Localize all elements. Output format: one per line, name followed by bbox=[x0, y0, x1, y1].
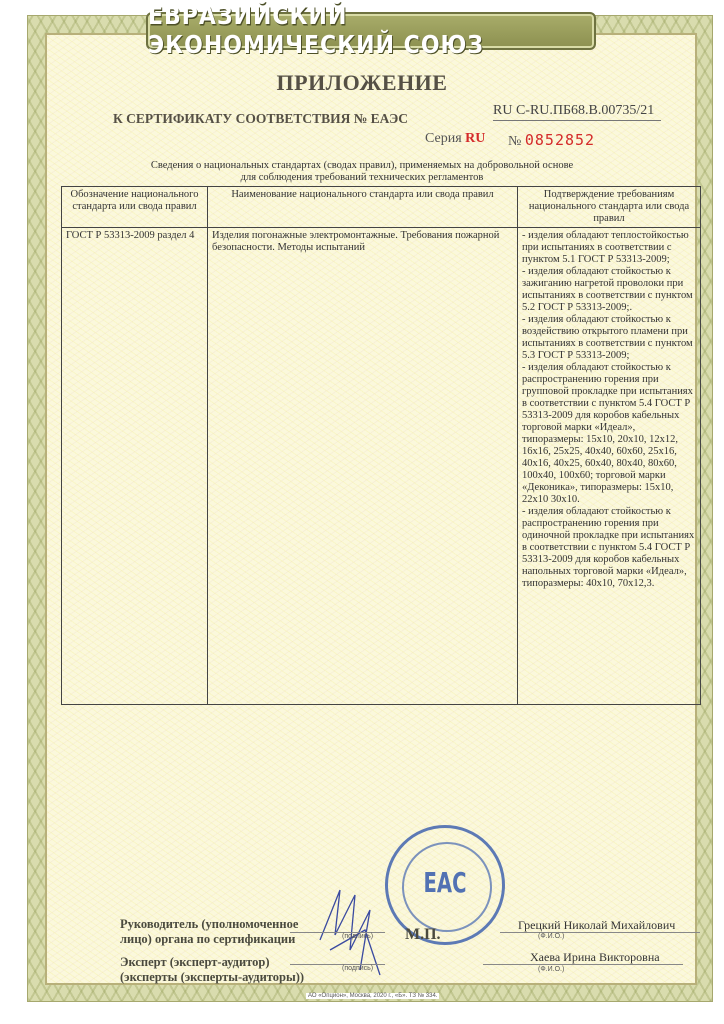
seal-label: М.П. bbox=[405, 926, 441, 944]
cell-designation: ГОСТ Р 53313-2009 раздел 4 bbox=[62, 228, 208, 705]
series-value: RU bbox=[465, 131, 485, 146]
series-label: Серия bbox=[425, 131, 462, 146]
expert-name-caption: (Ф.И.О.) bbox=[538, 966, 564, 973]
expert-name: Хаева Ирина Викторовна bbox=[530, 950, 660, 965]
head-name-caption: (Ф.И.О.) bbox=[538, 933, 564, 940]
certificate-number: RU C-RU.ПБ68.В.00735/21 bbox=[493, 103, 661, 121]
table-caption: Сведения о национальных стандартах (свод… bbox=[0, 160, 724, 184]
eac-logo: ЕАС bbox=[405, 866, 485, 899]
table-header-row: Обозначение национального стандарта или … bbox=[62, 187, 701, 228]
certificate-label: К СЕРТИФИКАТУ СООТВЕТСТВИЯ № ЕАЭС bbox=[113, 111, 408, 127]
header-name: Наименование национального стандарта или… bbox=[208, 187, 518, 228]
page-title: ПРИЛОЖЕНИЕ bbox=[0, 70, 724, 96]
banner-text: ЕВРАЗИЙСКИЙ ЭКОНОМИЧЕСКИЙ СОЮЗ bbox=[148, 2, 594, 60]
number-value: 0852852 bbox=[525, 131, 595, 149]
union-banner: ЕВРАЗИЙСКИЙ ЭКОНОМИЧЕСКИЙ СОЮЗ bbox=[146, 12, 596, 50]
number-label: № bbox=[508, 134, 521, 149]
eac-stamp: ЕАС bbox=[385, 825, 505, 945]
table-row: ГОСТ Р 53313-2009 раздел 4 Изделия погон… bbox=[62, 228, 701, 705]
head-signature-caption: (подпись) bbox=[342, 933, 373, 940]
expert-label: Эксперт (эксперт-аудитор) (эксперты (экс… bbox=[120, 955, 320, 985]
print-info: АО «Опцион», Москва, 2020 г., «Б». ТЗ № … bbox=[306, 993, 439, 999]
head-name: Грецкий Николай Михайлович bbox=[518, 918, 675, 933]
cell-confirmation: - изделия обладают теплостойкостью при и… bbox=[518, 228, 701, 705]
expert-signature-caption: (подпись) bbox=[342, 965, 373, 972]
header-designation: Обозначение национального стандарта или … bbox=[62, 187, 208, 228]
caption-line-1: Сведения о национальных стандартах (свод… bbox=[0, 160, 724, 172]
series: Серия RU bbox=[425, 131, 485, 147]
form-number: № 0852852 bbox=[508, 131, 595, 150]
standards-table: Обозначение национального стандарта или … bbox=[61, 186, 701, 705]
caption-line-2: для соблюдения требований технических ре… bbox=[0, 172, 724, 184]
header-confirmation: Подтверждение требованиям национального … bbox=[518, 187, 701, 228]
cell-name: Изделия погонажные электромонтажные. Тре… bbox=[208, 228, 518, 705]
